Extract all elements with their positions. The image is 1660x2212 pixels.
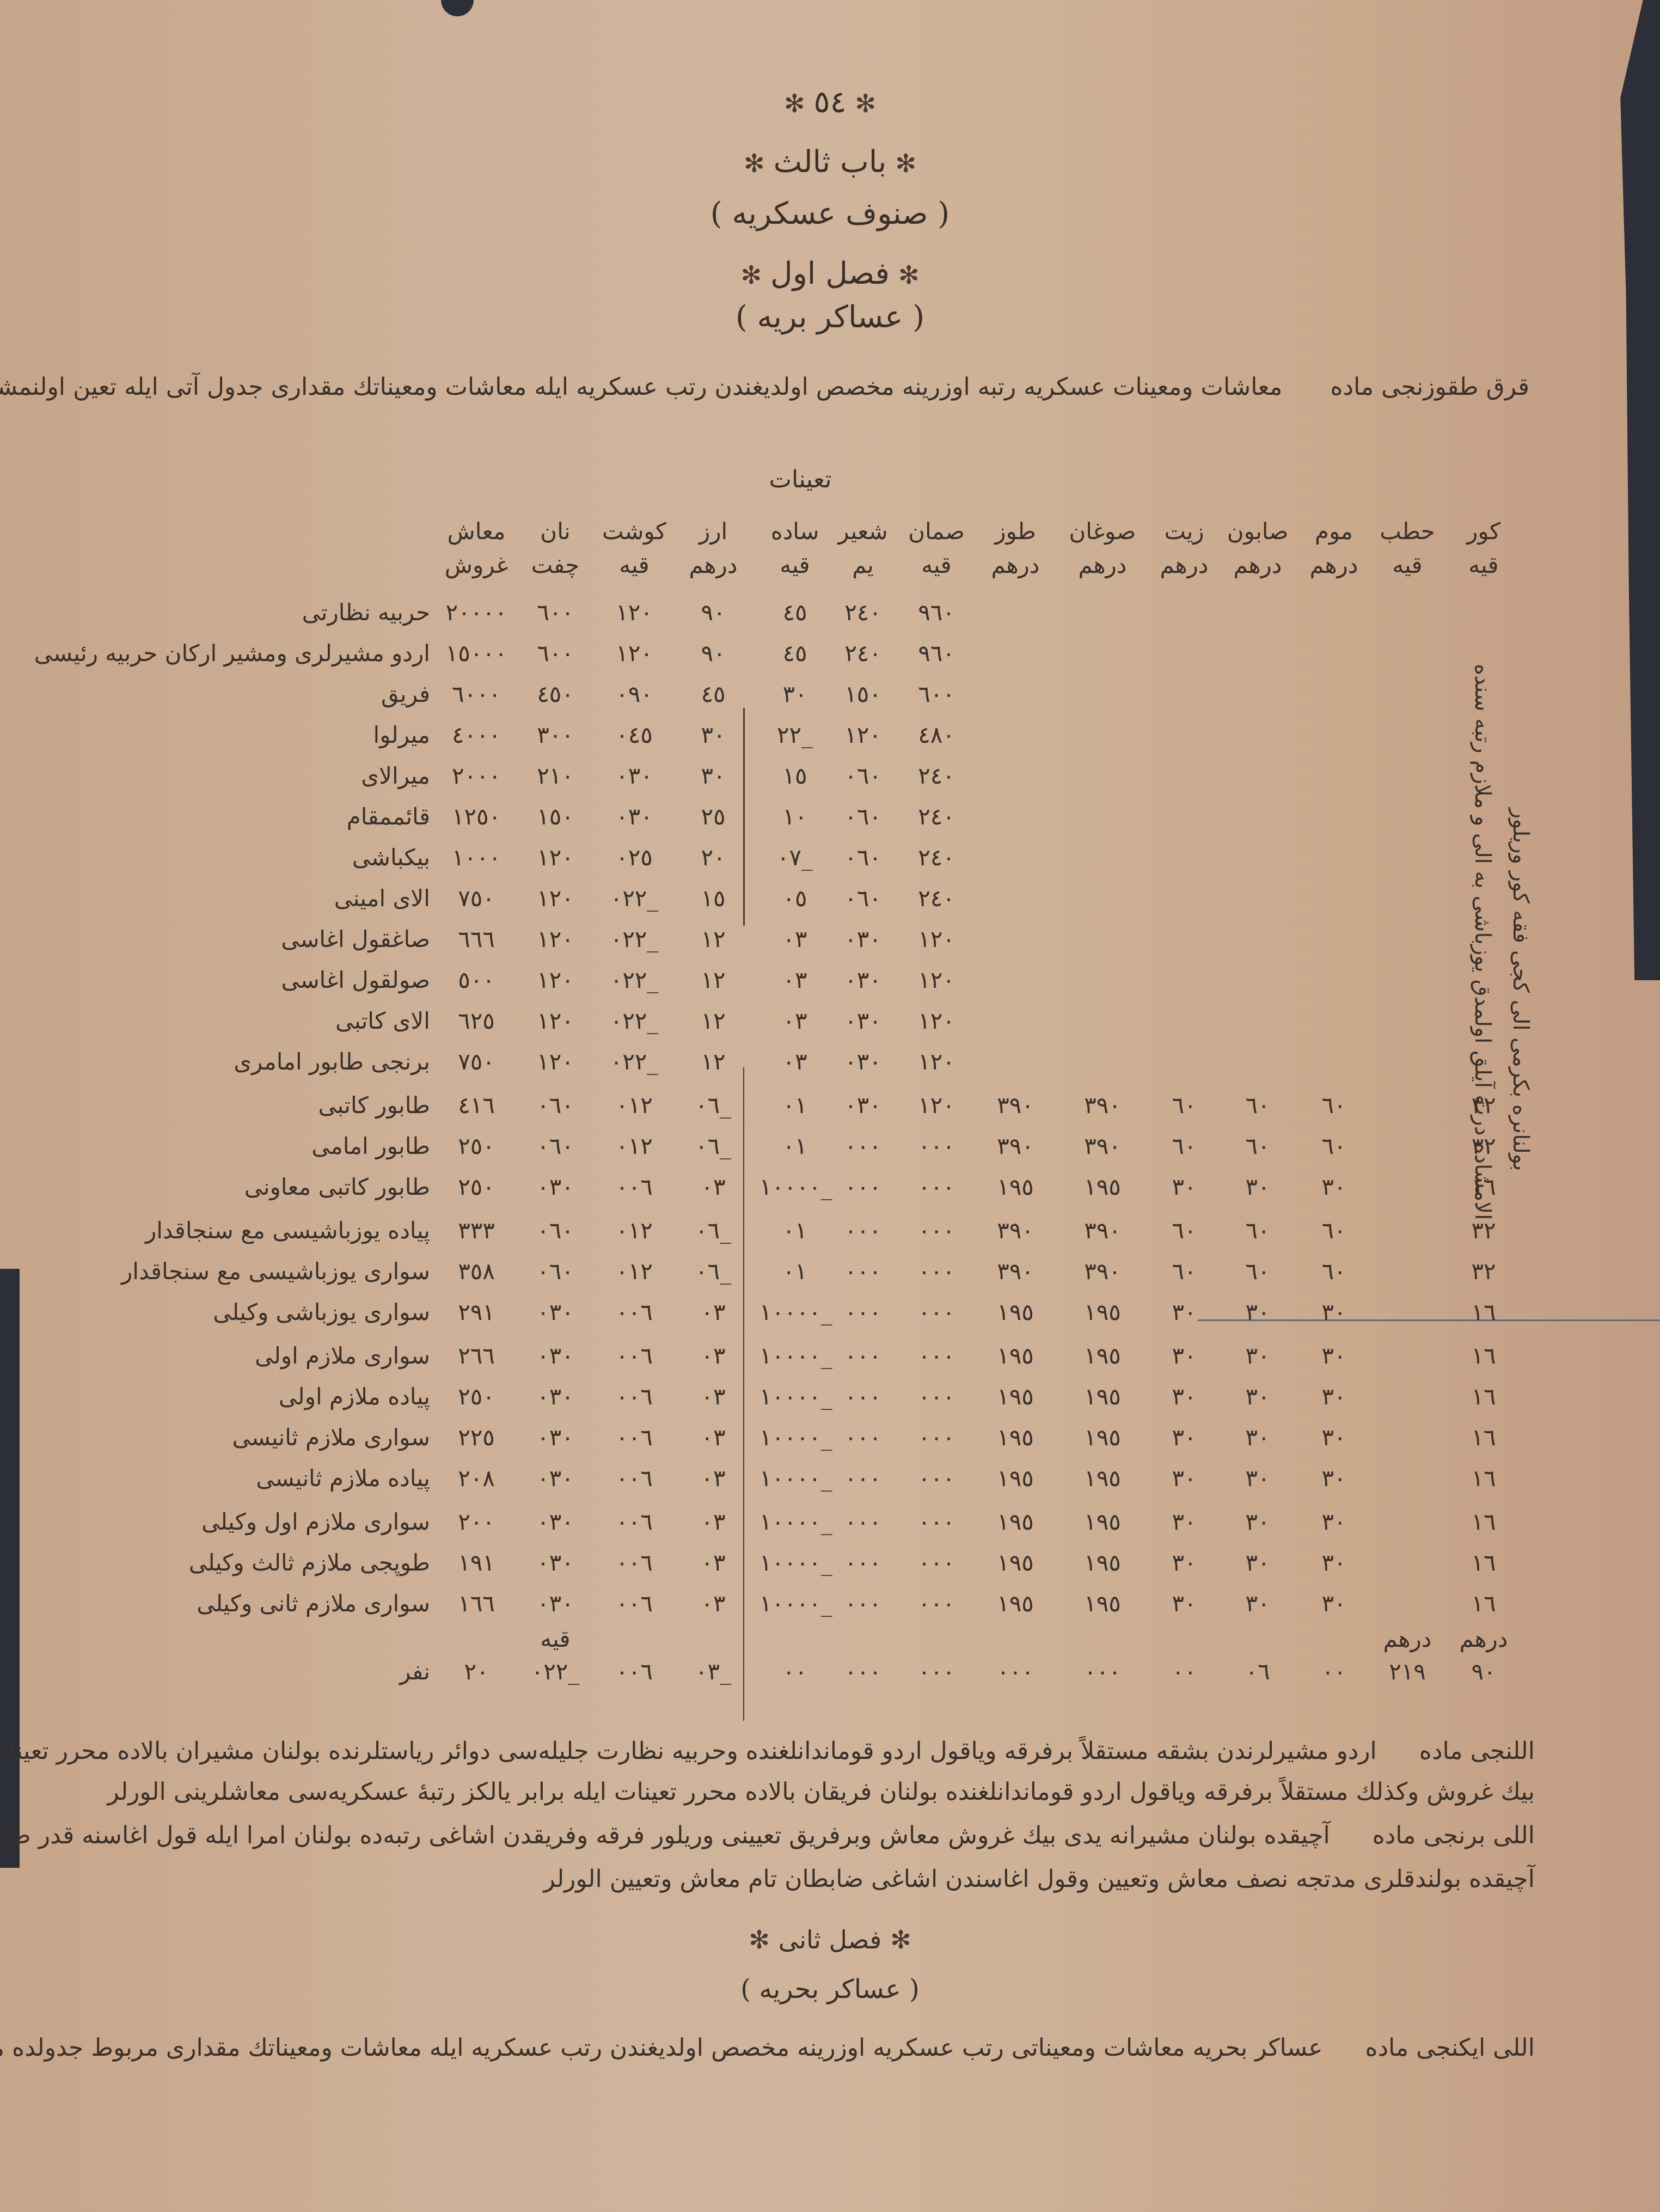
table-cell: ١٦ — [1448, 1424, 1519, 1451]
table-cell: ٦٠ — [1298, 1217, 1369, 1244]
rank-name: پیاده یوزباشیسی مع سنجاقدار — [145, 1217, 430, 1244]
rank-name: میرالای — [361, 762, 430, 789]
table-cell: ١٩٥ — [1067, 1549, 1138, 1576]
table-cell: ٦٠ — [1149, 1133, 1220, 1159]
table-cell: ٠٠٠ — [828, 1258, 898, 1285]
table-cell: ٠٠٠ — [828, 1133, 898, 1159]
table-cell: ٣٠ — [1222, 1342, 1293, 1369]
table-cell: ٠٠٠ — [901, 1590, 972, 1617]
article-2-line-1: اللنجی ماده اردو مشیرلرندن بشقه مستقلاً … — [0, 1737, 1535, 1765]
table-row: اردو مشیرلری ومشیر ارکان حربیه رئیسی١٥٠٠… — [0, 640, 1660, 678]
table-cell: ٠١ — [759, 1133, 830, 1159]
table-cell: ١٢٠ — [901, 1007, 972, 1034]
table-cell: ٠٣ — [678, 1299, 749, 1325]
table-cell: ٢١٠ — [520, 762, 591, 789]
table-cell: ٩٠ — [1448, 1658, 1519, 1685]
table-cell: ٣٠ — [1222, 1508, 1293, 1535]
table-cell: ٩٦٠ — [901, 640, 972, 667]
page-number: ✻٥٤✻ — [0, 87, 1660, 118]
table-cell: ٠٠٦ — [599, 1549, 670, 1576]
table-cell: ٠٠٠ — [828, 1299, 898, 1325]
table-cell: ٠٠٠ — [1067, 1658, 1138, 1685]
table-cell: ٠٠٦ — [599, 1658, 670, 1685]
rank-name: طابور کاتبی — [318, 1092, 430, 1119]
rank-name: پیاده ملازم ثانیسی — [256, 1465, 430, 1492]
table-cell: ٠٠٠ — [901, 1174, 972, 1200]
nefer-unit-nan: قیه — [520, 1626, 591, 1652]
article-label: اللی ایکنجی ماده — [1365, 2034, 1535, 2062]
table-row: سواری ملازم اولی٢٦٦٠٣٠٠٠٦٠٣١٠٠٠٠_٠٠٠٠٠٠١… — [0, 1342, 1660, 1380]
table-cell: ٢٥٠ — [441, 1174, 512, 1200]
rank-name: الای امینی — [334, 885, 430, 912]
table-cell: ٠٠٠ — [901, 1658, 972, 1685]
table-row: پیاده یوزباشیسی مع سنجاقدار٣٣٣٠٦٠٠١٢٠٦_٠… — [0, 1217, 1660, 1255]
table-cell: ٠٦٠ — [828, 844, 898, 871]
table-cell: ٠٣٠ — [828, 926, 898, 952]
table-cell: ١٢٠ — [828, 722, 898, 748]
rank-name: سواری یوزباشی وکیلی — [213, 1299, 430, 1325]
table-cell: ٢٠٠٠ — [441, 762, 512, 789]
table-cell: ٠٢٢_ — [599, 1007, 670, 1034]
ornament-icon: ✻ — [784, 89, 805, 118]
table-cell: ١٩٥ — [980, 1342, 1051, 1369]
table-cell: ٦٠ — [1149, 1217, 1220, 1244]
table-cell: ١٢٠ — [901, 1048, 972, 1075]
table-cell: ١٩٥ — [1067, 1299, 1138, 1325]
article-4: اللی ایکنجی ماده عساکر بحریه معاشات ومعی… — [0, 2034, 1535, 2062]
table-row: حربیه نظارتی٢٠٠٠٠٦٠٠١٢٠٩٠٤٥٢٤٠٩٦٠ — [0, 599, 1660, 637]
table-row: فریق٦٠٠٠٤٥٠٠٩٠٤٥٣٠١٥٠٦٠٠ — [0, 681, 1660, 719]
article-3-line-1: اللی برنجی ماده آچیقده بولنان مشیرانه ید… — [0, 1822, 1535, 1849]
table-cell: ٢٥٠ — [441, 1383, 512, 1410]
table-cell: ٠٣ — [678, 1508, 749, 1535]
table-cell: ١٢٠ — [520, 844, 591, 871]
table-cell: ٦٠ — [1149, 1092, 1220, 1119]
chapter-title: ✻باب ثالث✻ — [0, 147, 1660, 178]
table-cell: ١٦ — [1448, 1342, 1519, 1369]
table-row: طابور امامی٢٥٠٠٦٠٠١٢٠٦_٠١٠٠٠٠٠٠٣٩٠٣٩٠٦٠٦… — [0, 1133, 1660, 1171]
table-cell: ٤٥ — [678, 681, 749, 707]
table-cell: ٦٠٠ — [520, 640, 591, 667]
table-cell: ٠٦_ — [678, 1258, 749, 1285]
table-cell: ٠٣ — [759, 926, 830, 952]
table-cell: ٠٣ — [678, 1549, 749, 1576]
table-cell: ٣٠ — [1149, 1174, 1220, 1200]
table-cell: ٠٣٠ — [599, 762, 670, 789]
table-row: پیاده ملازم اولی٢٥٠٠٣٠٠٠٦٠٣١٠٠٠٠_٠٠٠٠٠٠١… — [0, 1383, 1660, 1421]
table-cell: ١٩٥ — [980, 1424, 1051, 1451]
article-1: قرق طقوزنجی ماده معاشات ومعینات عسکریه ر… — [0, 373, 1529, 401]
table-cell: ٣٠ — [678, 762, 749, 789]
article-text: آچیقده بولنان مشیرانه یدی بیك غروش معاش … — [0, 1822, 1330, 1849]
article-text: اردو مشیرلرندن بشقه مستقلاً برفرقه ویاقو… — [0, 1737, 1377, 1765]
table-cell: ٠٢٢_ — [599, 885, 670, 912]
table-cell: ١٩٥ — [980, 1590, 1051, 1617]
table-cell: ١٢٠ — [520, 926, 591, 952]
table-cell: ٠٣ — [759, 1007, 830, 1034]
table-cell: ١٩٥ — [980, 1508, 1051, 1535]
rank-name: قائممقام — [347, 803, 430, 830]
table-row: سواری ملازم ثانیسی٢٢٥٠٣٠٠٠٦٠٣١٠٠٠٠_٠٠٠٠٠… — [0, 1424, 1660, 1462]
table-cell: ١٥٠ — [520, 803, 591, 830]
rank-name: بیکباشی — [352, 844, 430, 871]
rank-name: پیاده ملازم اولی — [279, 1383, 430, 1410]
table-cell: ٠٠٠ — [828, 1383, 898, 1410]
rank-name: طابور کاتبی معاونی — [244, 1174, 430, 1200]
table-row: نفر٢٠٠٢٢_٠٠٦٠٣_٠٠٠٠٠٠٠٠٠٠٠٠٠٠٠٠٠٦٠٠٢١٩٩٠ — [0, 1658, 1660, 1696]
table-cell: ٣٩٠ — [980, 1092, 1051, 1119]
table-cell: ١٢ — [678, 1048, 749, 1075]
table-cell: ١٩١ — [441, 1549, 512, 1576]
table-cell: ٣٠ — [1298, 1383, 1369, 1410]
col-header-mum: مومدرهم — [1298, 515, 1369, 582]
table-cell: ٠٠ — [759, 1658, 830, 1685]
table-cell: ٦٠ — [1298, 1092, 1369, 1119]
col-header-pirinc: ارزدرهم — [678, 515, 749, 582]
table-cell: ٠١٢ — [599, 1258, 670, 1285]
rank-name: الای کاتبی — [335, 1007, 430, 1034]
table-cell: ١٢٠ — [901, 926, 972, 952]
table-cell: ٤٨٠ — [901, 722, 972, 748]
table-cell: ١٦ — [1448, 1549, 1519, 1576]
article-2-line-2: بیك غروش وکذلك مستقلاً برفرقه ویاقول ارد… — [107, 1778, 1535, 1806]
table-row: الای امینی٧٥٠١٢٠٠٢٢_١٥٠٥٠٦٠٢٤٠ — [0, 885, 1660, 923]
table-row: سواری ملازم اول وکیلی٢٠٠٠٣٠٠٠٦٠٣١٠٠٠٠_٠٠… — [0, 1508, 1660, 1547]
rank-name: حربیه نظارتی — [302, 599, 430, 626]
table-cell: ٣٩٠ — [1067, 1133, 1138, 1159]
table-cell: ٠٠٠ — [980, 1658, 1051, 1685]
table-cell: ١٢٠ — [520, 885, 591, 912]
table-row: الای کاتبی٦٢٥١٢٠٠٢٢_١٢٠٣٠٣٠١٢٠ — [0, 1007, 1660, 1046]
table-cell: ٠٣٠ — [828, 1048, 898, 1075]
table-cell: ٠٦_ — [678, 1133, 749, 1159]
table-cell: ٢٤٠ — [828, 599, 898, 626]
table-cell: ١٠٠٠٠_ — [759, 1383, 830, 1410]
ornament-icon: ✻ — [749, 1925, 770, 1954]
col-header-zeyt: زیتدرهم — [1149, 515, 1220, 582]
table-cell: ١٢٠ — [599, 640, 670, 667]
table-group-title: تعینات — [762, 466, 838, 493]
table-cell: ٣٩٠ — [980, 1258, 1051, 1285]
table-cell: ٠٢٢_ — [520, 1658, 591, 1685]
table-cell: ٠٣٠ — [520, 1465, 591, 1492]
rank-name: اردو مشیرلری ومشیر ارکان حربیه رئیسی — [34, 640, 430, 667]
article-label: قرق طقوزنجی ماده — [1330, 373, 1529, 401]
table-cell: ٤٥٠ — [520, 681, 591, 707]
table-cell: ٢٤٠ — [901, 762, 972, 789]
section-title: ✻فصل اول✻ — [0, 259, 1660, 290]
table-cell: ٦٠ — [1149, 1258, 1220, 1285]
table-cell: ٦٠ — [1222, 1258, 1293, 1285]
table-cell: ٠٢٢_ — [599, 1048, 670, 1075]
rank-name: سواری ملازم ثانی وکیلی — [197, 1590, 430, 1617]
col-header-saman: صمانقیه — [901, 515, 972, 582]
table-cell: ٣٠ — [1298, 1508, 1369, 1535]
margin-note-line-2: بولنانره بکرمی الی کجی فقه کور وریلور — [1508, 681, 1533, 1171]
table-cell: ٠٣ — [759, 967, 830, 993]
table-cell: ٢١٩ — [1372, 1658, 1443, 1685]
rank-name: طابور امامی — [311, 1133, 430, 1159]
table-cell: ٣٠ — [1149, 1342, 1220, 1369]
table-cell: ٢٤٠ — [901, 844, 972, 871]
table-cell: ٣٠ — [1298, 1424, 1369, 1451]
col-header-sade: سادهقیه — [759, 515, 830, 582]
table-cell: ٠٩٠ — [599, 681, 670, 707]
table-row: صاغقول اغاسی٦٦٦١٢٠٠٢٢_١٢٠٣٠٣٠١٢٠ — [0, 926, 1660, 964]
table-cell: ٠٦٠ — [520, 1258, 591, 1285]
rank-name: طوپجی ملازم ثالث وکیلی — [189, 1549, 430, 1576]
table-row: صولقول اغاسی٥٠٠١٢٠٠٢٢_١٢٠٣٠٣٠١٢٠ — [0, 967, 1660, 1005]
table-cell: ٦٠٠ — [520, 599, 591, 626]
rank-name: سواری یوزباشیسی مع سنجاقدار — [121, 1258, 430, 1285]
table-cell: ٣٠ — [1149, 1465, 1220, 1492]
table-cell: ٣٠ — [1298, 1465, 1369, 1492]
table-cell: ٢٤٠ — [901, 803, 972, 830]
table-cell: ١٩٥ — [1067, 1342, 1138, 1369]
table-cell: ٠٠٦ — [599, 1299, 670, 1325]
table-cell: ١٠٠٠٠_ — [759, 1465, 830, 1492]
table-cell: ٣٢ — [1448, 1258, 1519, 1285]
table-cell: ١٩٥ — [1067, 1465, 1138, 1492]
rank-name: سواری ملازم اولی — [255, 1342, 430, 1369]
col-header-tuz: طوزدرهم — [980, 515, 1051, 582]
table-cell: ١٩٥ — [1067, 1383, 1138, 1410]
article-text: عساکر بحریه معاشات ومعیناتی رتب عسکریه ا… — [0, 2034, 1322, 2062]
table-cell: ٠٣ — [759, 1048, 830, 1075]
table-cell: ٣٩٠ — [980, 1133, 1051, 1159]
table-cell: ٠٠٦ — [599, 1465, 670, 1492]
table-cell: ٢٥ — [678, 803, 749, 830]
rank-name: سواری ملازم اول وکیلی — [201, 1508, 430, 1535]
table-cell: ١٦ — [1448, 1508, 1519, 1535]
table-cell: ١٩٥ — [1067, 1174, 1138, 1200]
table-cell: ٣٠ — [1222, 1383, 1293, 1410]
table-cell: ١٥ — [678, 885, 749, 912]
col-header-hatab: حطبقیه — [1372, 515, 1443, 582]
chapter-subtitle: ( صنوف عسکریه ) — [0, 199, 1660, 229]
table-cell: ١٠٠٠٠_ — [759, 1590, 830, 1617]
table-cell: ٠٠٠ — [901, 1299, 972, 1325]
table-cell: ٠٣٠ — [828, 1007, 898, 1034]
table-cell: ٠٤٥ — [599, 722, 670, 748]
table-row: طابور کاتبی٤١٦٠٦٠٠١٢٠٦_٠١٠٣٠١٢٠٣٩٠٣٩٠٦٠٦… — [0, 1092, 1660, 1130]
table-cell: ٠٠٠ — [901, 1133, 972, 1159]
table-cell: ١٠٠٠ — [441, 844, 512, 871]
table-cell: ١٢٠ — [520, 967, 591, 993]
table-cell: ٦٦٦ — [441, 926, 512, 952]
table-cell: ٣٩٠ — [1067, 1092, 1138, 1119]
table-cell: ٠٠٦ — [599, 1424, 670, 1451]
table-cell: ٤١٦ — [441, 1092, 512, 1119]
table-row: برنجی طابور امامری٧٥٠١٢٠٠٢٢_١٢٠٣٠٣٠١٢٠ — [0, 1048, 1660, 1086]
col-header-sabun: صابوندرهم — [1222, 515, 1293, 582]
table-cell: ١٠٠٠٠_ — [759, 1508, 830, 1535]
table-cell: ١٦ — [1448, 1465, 1519, 1492]
table-cell: ٠٠٠ — [828, 1424, 898, 1451]
table-cell: ١٥٠ — [828, 681, 898, 707]
table-cell: ١٢٠ — [901, 967, 972, 993]
table-cell: ٠٢٢_ — [599, 967, 670, 993]
table-cell: ٠٦٠ — [520, 1092, 591, 1119]
table-cell: ٠٦٠ — [828, 762, 898, 789]
table-cell: ٠٦_ — [678, 1217, 749, 1244]
table-cell: ١٢ — [678, 926, 749, 952]
table-cell: ٠٠٠ — [901, 1342, 972, 1369]
rank-name: صاغقول اغاسی — [281, 926, 430, 952]
table-cell: ١٩٥ — [980, 1174, 1051, 1200]
table-cell: ٠٠٦ — [599, 1342, 670, 1369]
table-cell: ٣٣٣ — [441, 1217, 512, 1244]
table-cell: ٠٠٠ — [828, 1465, 898, 1492]
table-cell: ٧٥٠ — [441, 1048, 512, 1075]
table-cell: ٣٠ — [1149, 1299, 1220, 1325]
table-cell: ٠٦٠ — [828, 885, 898, 912]
table-cell: ١٠٠٠٠_ — [759, 1424, 830, 1451]
table-cell: ٠٠٠ — [828, 1549, 898, 1576]
table-cell: ٢٢٥ — [441, 1424, 512, 1451]
rank-name: میرلوا — [373, 722, 430, 748]
table-cell: ٠٦٠ — [828, 803, 898, 830]
table-cell: ٣٠ — [1298, 1549, 1369, 1576]
col-header-gosht: کوشتقیه — [599, 515, 670, 582]
ornament-icon: ✻ — [895, 149, 916, 178]
table-cell: ٠٠٦ — [599, 1174, 670, 1200]
ornament-icon: ✻ — [741, 260, 762, 290]
table-cell: ٣٩٠ — [1067, 1217, 1138, 1244]
table-cell: ٣٠ — [1149, 1424, 1220, 1451]
table-cell: ٠٣ — [678, 1465, 749, 1492]
table-cell: ١٥ — [759, 762, 830, 789]
table-cell: ٠٠٠ — [901, 1383, 972, 1410]
table-row: سواری یوزباشیسی مع سنجاقدار٣٥٨٠٦٠٠١٢٠٦_٠… — [0, 1258, 1660, 1296]
table-cell: ٩٠ — [678, 599, 749, 626]
table-cell: ١٢٠ — [520, 1048, 591, 1075]
table-cell: ٠١ — [759, 1217, 830, 1244]
table-cell: ٠٦٠ — [520, 1217, 591, 1244]
table-cell: ٦٢٥ — [441, 1007, 512, 1034]
article-text: معاشات ومعینات عسکریه رتبه اوزرینه مخصص … — [0, 373, 1282, 401]
table-cell: ٠٧_ — [759, 844, 830, 871]
table-cell: ٠٣٠ — [520, 1424, 591, 1451]
table-row: قائممقام١٢٥٠١٥٠٠٣٠٢٥١٠٠٦٠٢٤٠ — [0, 803, 1660, 841]
table-cell: ٠٢٢_ — [599, 926, 670, 952]
table-cell: ١٢٥٠ — [441, 803, 512, 830]
table-cell: ٠٣ — [678, 1342, 749, 1369]
table-cell: ١٠ — [759, 803, 830, 830]
nefer-unit-kur: درهم — [1448, 1626, 1519, 1652]
table-cell: ٠٣٠ — [520, 1549, 591, 1576]
table-cell: ٠٠٠ — [901, 1508, 972, 1535]
table-cell: ٠٠٠ — [828, 1658, 898, 1685]
table-cell: ٣٩٠ — [1067, 1258, 1138, 1285]
table-cell: ٠٣٠ — [828, 1092, 898, 1119]
table-cell: ٣٠ — [1222, 1299, 1293, 1325]
table-cell: ٦٠ — [1222, 1217, 1293, 1244]
table-cell: ١٥٠٠٠ — [441, 640, 512, 667]
rank-name: برنجی طابور امامری — [234, 1048, 430, 1075]
table-cell: ٠٣ — [678, 1590, 749, 1617]
table-cell: ١٢٠ — [901, 1092, 972, 1119]
table-cell: ٣٥٨ — [441, 1258, 512, 1285]
section-2-subtitle: ( عساکر بحریه ) — [0, 1974, 1660, 2005]
table-cell: ١٢ — [678, 967, 749, 993]
ornament-icon: ✻ — [890, 1925, 911, 1954]
table-header: معاشغروش نانچفت کوشتقیه ارزدرهم سادهقیه … — [0, 515, 1660, 591]
table-cell: ٤٠٠٠ — [441, 722, 512, 748]
table-cell: ٣٠ — [1222, 1465, 1293, 1492]
table-cell: ٠١٢ — [599, 1092, 670, 1119]
table-cell: ٤٥ — [759, 640, 830, 667]
table-cell: ١٢٠ — [599, 599, 670, 626]
table-cell: ٠٥ — [759, 885, 830, 912]
section-2-title: ✻فصل ثانی✻ — [0, 1925, 1660, 1954]
col-header-sogan: صوغاندرهم — [1067, 515, 1138, 582]
table-cell: ٦٠٠٠ — [441, 681, 512, 707]
table-cell: ٢٥٠ — [441, 1133, 512, 1159]
table-row: طوپجی ملازم ثالث وکیلی١٩١٠٣٠٠٠٦٠٣١٠٠٠٠_٠… — [0, 1549, 1660, 1587]
table-cell: ٢٠ — [441, 1658, 512, 1685]
table-cell: ٠٠٠ — [901, 1217, 972, 1244]
table-cell: ٠٣٠ — [520, 1174, 591, 1200]
table-cell: ١٩٥ — [980, 1465, 1051, 1492]
table-cell: ٣٠ — [1222, 1174, 1293, 1200]
table-cell: ٠٠ — [1298, 1658, 1369, 1685]
ornament-icon: ✻ — [744, 149, 765, 178]
table-cell: ٩٠ — [678, 640, 749, 667]
article-3-line-2: آچیقده بولندقلری مدتجه نصف معاش وتعیین و… — [543, 1865, 1535, 1893]
table-cell: ٣٠ — [1149, 1590, 1220, 1617]
table-row: بیکباشی١٠٠٠١٢٠٠٢٥٢٠٠٧_٠٦٠٢٤٠ — [0, 844, 1660, 882]
table-cell: ٠٠٦ — [599, 1383, 670, 1410]
table-cell: ٠٣٠ — [520, 1590, 591, 1617]
table-cell: ٠٢٥ — [599, 844, 670, 871]
table-cell: ٢٠٠ — [441, 1508, 512, 1535]
table-cell: ١٦٦ — [441, 1590, 512, 1617]
table-cell: ١٩٥ — [1067, 1424, 1138, 1451]
table-cell: ٦٠ — [1222, 1133, 1293, 1159]
table-row: سواری ملازم ثانی وکیلی١٦٦٠٣٠٠٠٦٠٣١٠٠٠٠_٠… — [0, 1590, 1660, 1628]
table-row: سواری یوزباشی وکیلی٢٩١٠٣٠٠٠٦٠٣١٠٠٠٠_٠٠٠٠… — [0, 1299, 1660, 1337]
col-header-nan: نانچفت — [520, 515, 591, 582]
table-cell: ٣٠ — [1149, 1508, 1220, 1535]
table-cell: ٢٤٠ — [901, 885, 972, 912]
table-cell: ٠٠٠ — [901, 1549, 972, 1576]
col-header-kur: کورقیه — [1448, 515, 1519, 582]
table-cell: ٧٥٠ — [441, 885, 512, 912]
table-cell: ٣٢ — [1448, 1217, 1519, 1244]
table-cell: ٣٠ — [1222, 1590, 1293, 1617]
table-cell: ٦٠ — [1222, 1092, 1293, 1119]
table-cell: ٣٠ — [1222, 1424, 1293, 1451]
table-cell: ٠٣٠ — [828, 967, 898, 993]
table-cell: ٠٣٠ — [520, 1342, 591, 1369]
col-header-arpa: شعیریم — [828, 515, 898, 582]
table-cell: ١٩٥ — [1067, 1508, 1138, 1535]
table-cell: ١٢ — [678, 1007, 749, 1034]
table-cell: ٦٠٠ — [901, 681, 972, 707]
ornament-icon: ✻ — [898, 260, 920, 290]
table-cell: ٠٣ — [678, 1174, 749, 1200]
table-cell: ٤٥ — [759, 599, 830, 626]
table-cell: ٠٠٠ — [828, 1508, 898, 1535]
table-cell: ٠١ — [759, 1258, 830, 1285]
table-cell: ٠٠٦ — [599, 1590, 670, 1617]
table-cell: ٣٠ — [1149, 1383, 1220, 1410]
table-cell: ١٢٠ — [520, 1007, 591, 1034]
table-cell: ٢٩١ — [441, 1299, 512, 1325]
table-cell: ٠٠٠ — [901, 1258, 972, 1285]
ornament-icon: ✻ — [855, 89, 877, 118]
